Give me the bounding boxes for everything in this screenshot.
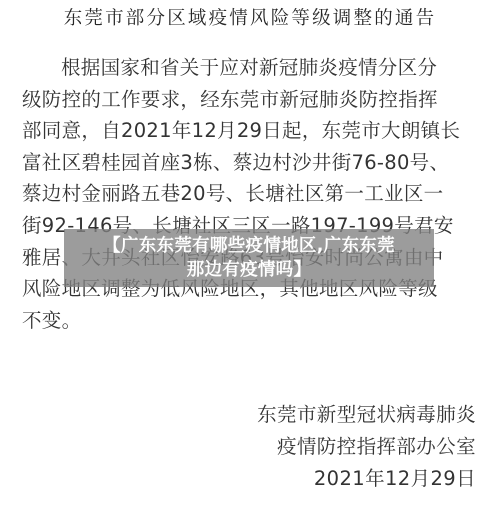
signature-date: 2021年12月29日 [257,463,476,495]
body-line: 根据国家和省关于应对新冠肺炎疫情分区分 [22,52,482,84]
body-line: 富社区碧桂园首座3栋、蔡边村沙井街76-80号、 [22,147,482,179]
body-line: 不变。 [22,305,482,337]
notice-body: 根据国家和省关于应对新冠肺炎疫情分区分 级防控的工作要求，经东莞市新冠肺炎防控指… [22,52,482,336]
signature-block: 东莞市新型冠状病毒肺炎 疫情防控指挥部办公室 2021年12月29日 [257,399,476,495]
body-line: 蔡边村金丽路五巷20号、长塘社区第一工业区一 [22,178,482,210]
signature-org-line1: 东莞市新型冠状病毒肺炎 [257,399,476,431]
body-line: 部同意，自2021年12月29日起，东莞市大朗镇长 [22,115,482,147]
notice-title: 东莞市部分区域疫情风险等级调整的通告 [0,6,500,32]
caption-line1: 【广东东莞有哪些疫情地区,广东东莞 [103,234,395,258]
caption-line2: 那边有疫情吗】 [187,258,312,282]
signature-org-line2: 疫情防控指挥部办公室 [257,431,476,463]
caption-overlay: 【广东东莞有哪些疫情地区,广东东莞 那边有疫情吗】 [64,229,434,287]
body-line: 级防控的工作要求，经东莞市新冠肺炎防控指挥 [22,84,482,116]
